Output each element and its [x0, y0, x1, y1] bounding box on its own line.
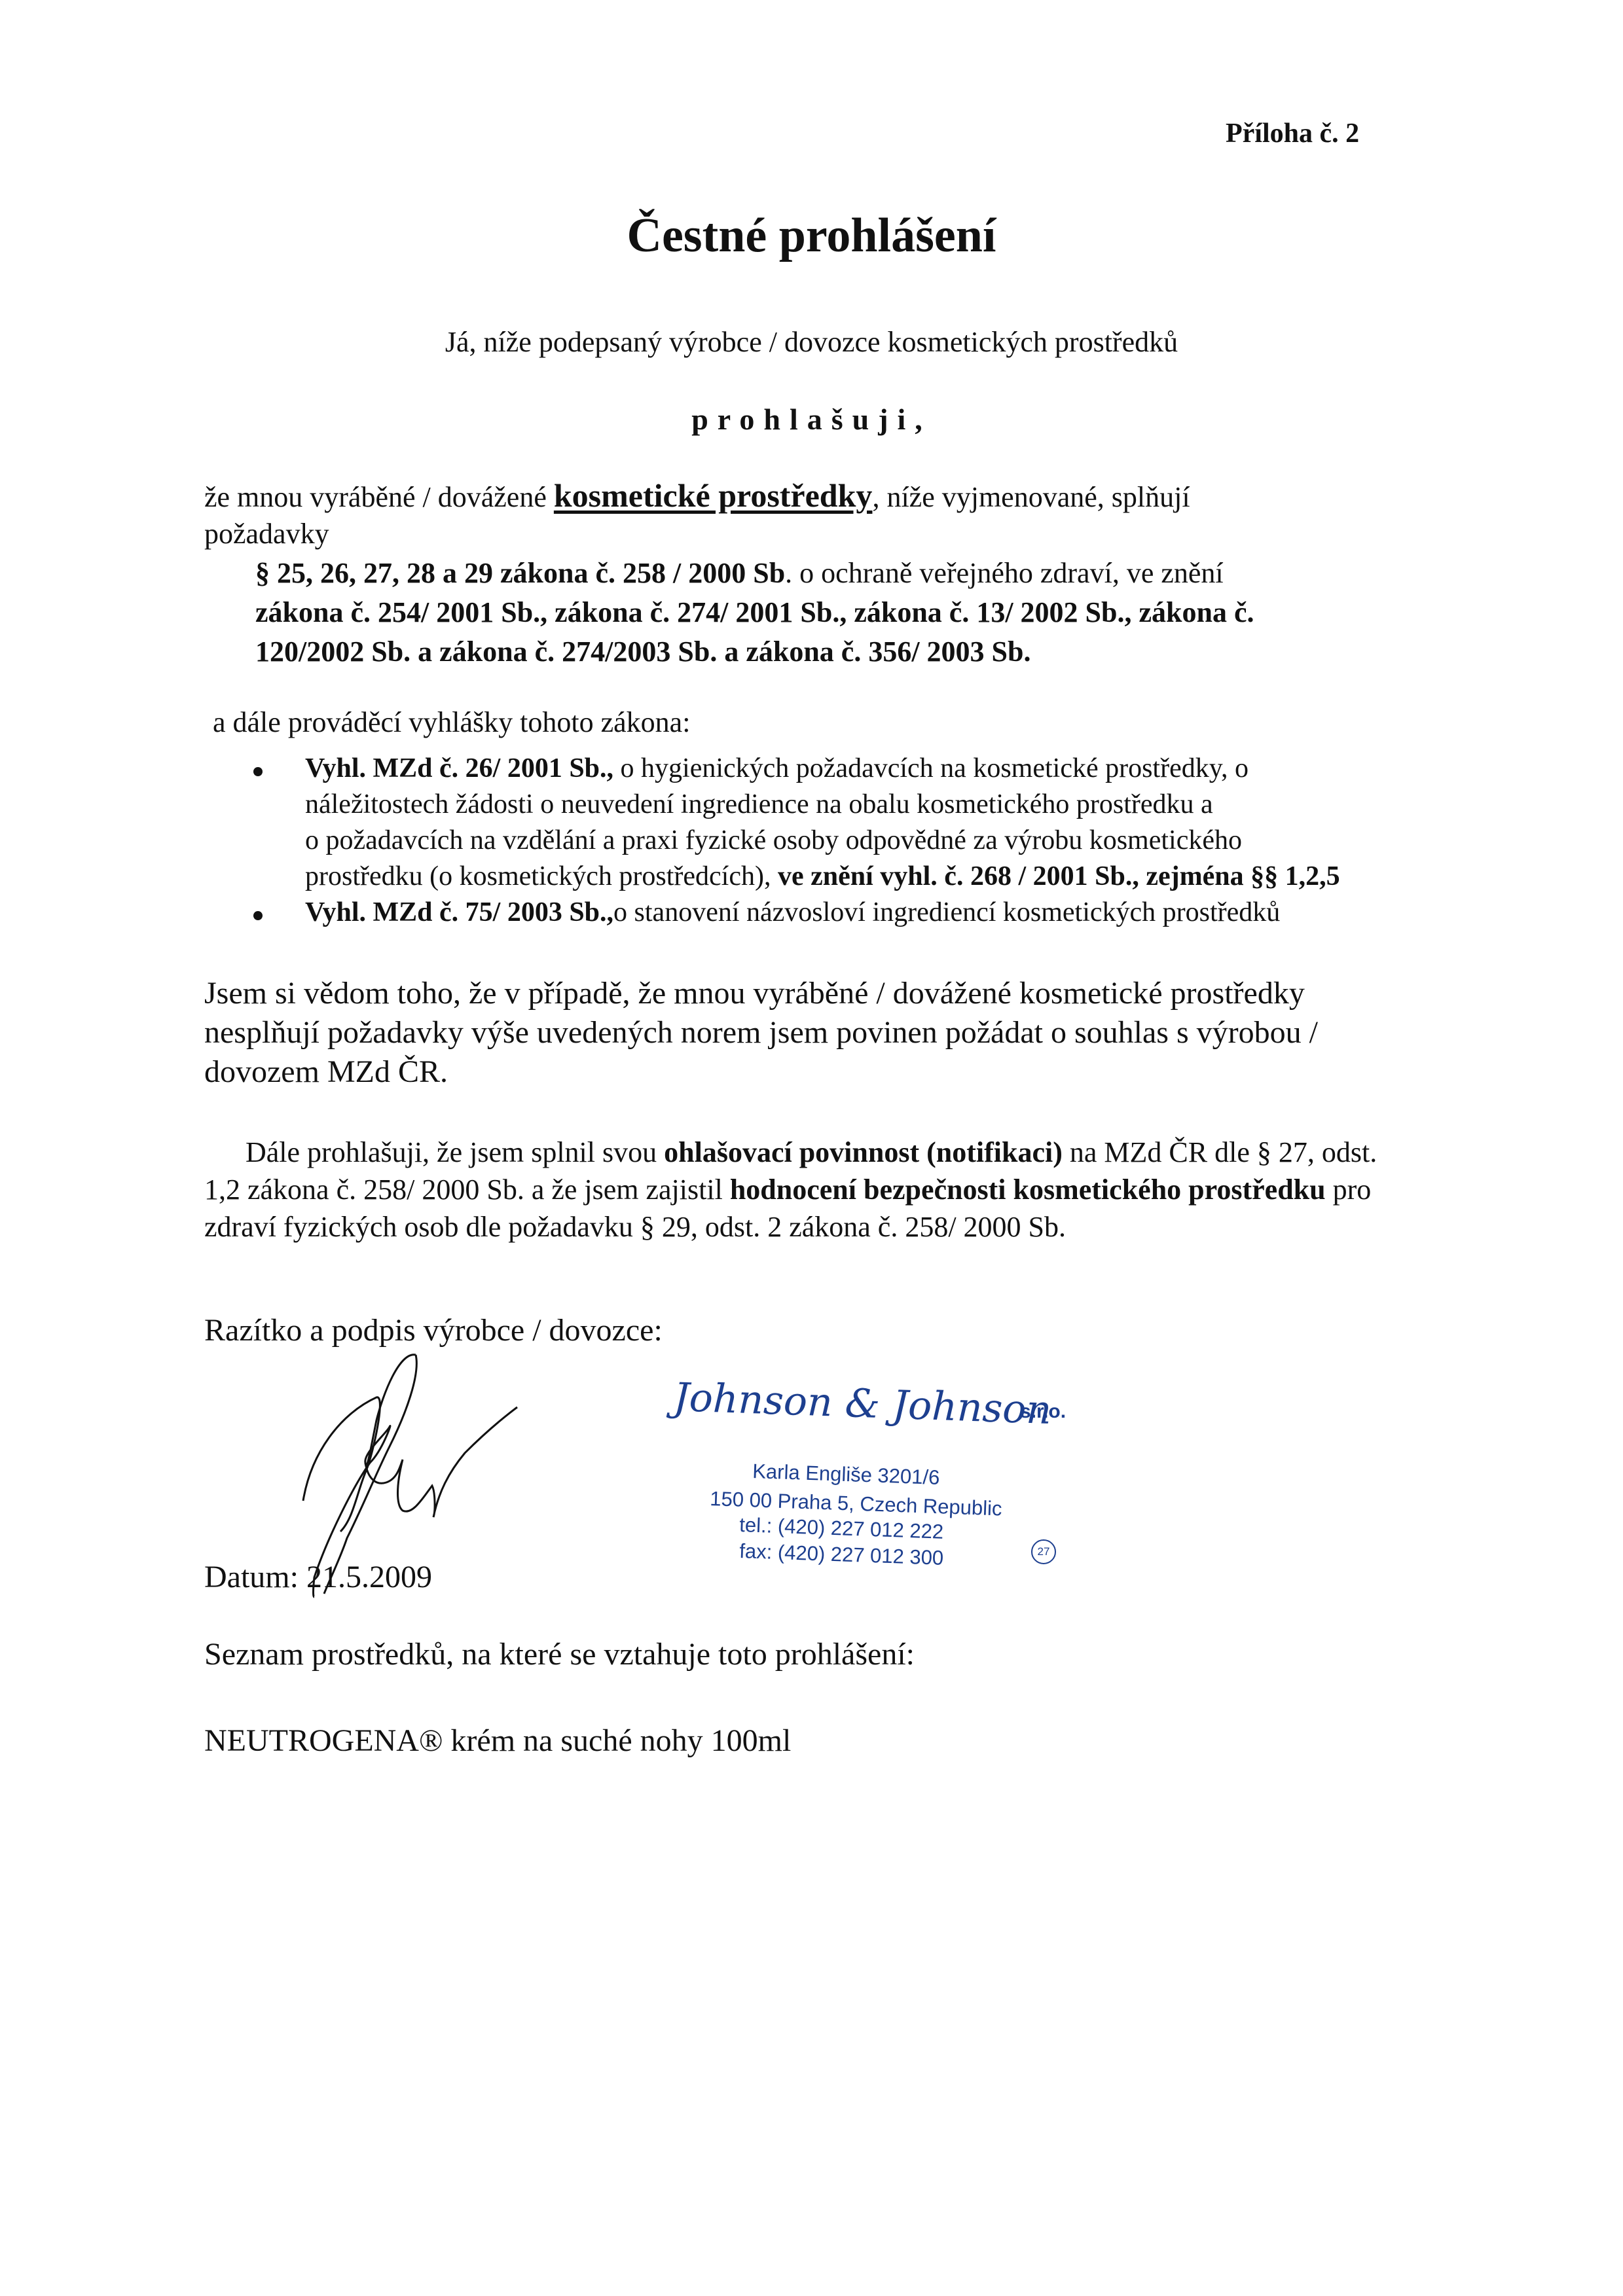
statement-line-2: požadavky	[204, 517, 329, 550]
decree-1-line-1: Vyhl. MZd č. 26/ 2001 Sb., o hygienickýc…	[305, 753, 1249, 784]
awareness-line-2: nesplňují požadavky výše uvedených norem…	[204, 1014, 1318, 1050]
stamp-brand: Johnson & Johnson	[673, 1374, 1053, 1433]
stamp-fax: fax: (420) 227 012 300	[739, 1539, 944, 1570]
further-text: 1,2 zákona č. 258/ 2000 Sb. a že jsem za…	[204, 1174, 730, 1206]
law-line-2: zákona č. 254/ 2001 Sb., zákona č. 274/ …	[255, 596, 1254, 629]
law-line-3: 120/2002 Sb. a zákona č. 274/2003 Sb. a …	[255, 635, 1031, 668]
bullet-icon	[253, 911, 263, 920]
statement-line-1: že mnou vyráběné / dovážené kosmetické p…	[204, 476, 1190, 514]
further-line-2: 1,2 zákona č. 258/ 2000 Sb. a že jsem za…	[204, 1173, 1371, 1206]
awareness-line-3: dovozem MZd ČR.	[204, 1054, 448, 1090]
law-reference: § 25, 26, 27, 28 a 29 zákona č. 258 / 20…	[255, 557, 785, 589]
date-value: 21.5.2009	[306, 1560, 432, 1594]
further-line-1: Dále prohlašuji, že jsem splnil svou ohl…	[246, 1136, 1377, 1169]
further-text: Dále prohlašuji, že jsem splnil svou	[246, 1136, 664, 1168]
decree-text: o hygienických požadavcích na kosmetické…	[613, 753, 1249, 783]
statement-text: že mnou vyráběné / dovážené	[204, 481, 554, 513]
decree-reference: Vyhl. MZd č. 75/ 2003 Sb.,	[305, 897, 613, 927]
awareness-line-1: Jsem si vědom toho, že v případě, že mno…	[204, 975, 1305, 1011]
decree-text: o stanovení názvosloví ingrediencí kosme…	[613, 897, 1280, 927]
bullet-icon	[253, 767, 263, 776]
stamp-address-1: Karla Engliše 3201/6	[752, 1460, 940, 1490]
further-text: na MZd ČR dle § 27, odst.	[1063, 1136, 1377, 1168]
further-line-3: zdraví fyzických osob dle požadavku § 29…	[204, 1210, 1066, 1244]
statement-text: , níže vyjmenované, splňují	[872, 481, 1190, 513]
stamp-code-badge: 27	[1031, 1539, 1056, 1564]
document-title: Čestné prohlášení	[0, 208, 1623, 264]
stamp-suffix: s.r.o.	[1020, 1401, 1066, 1423]
notification-duty: ohlašovací povinnost (notifikaci)	[664, 1136, 1063, 1168]
decree-amendment: ve znění vyhl. č. 268 / 2001 Sb., zejmén…	[778, 861, 1340, 891]
decree-2-line-1: Vyhl. MZd č. 75/ 2003 Sb.,o stanovení ná…	[305, 897, 1280, 928]
date-label: Datum:	[204, 1560, 306, 1594]
stamp-phone: tel.: (420) 227 012 222	[739, 1513, 944, 1544]
decree-1-line-3: o požadavcích na vzdělání a praxi fyzick…	[305, 825, 1242, 856]
declare-word: prohlašuji,	[0, 402, 1623, 437]
date-line: Datum: 21.5.2009	[204, 1559, 432, 1595]
decree-text: prostředku (o kosmetických prostředcích)…	[305, 861, 778, 891]
decree-1-line-2: náležitostech žádosti o neuvedení ingred…	[305, 789, 1213, 820]
intro-line: Já, níže podepsaný výrobce / dovozce kos…	[0, 325, 1623, 359]
annex-label: Příloha č. 2	[1226, 118, 1359, 149]
products-label: Seznam prostředků, na které se vztahuje …	[204, 1636, 915, 1672]
further-text: pro	[1326, 1174, 1372, 1206]
law-description: . o ochraně veřejného zdraví, ve znění	[785, 557, 1223, 589]
decree-reference: Vyhl. MZd č. 26/ 2001 Sb.,	[305, 753, 613, 783]
decree-1-line-4: prostředku (o kosmetických prostředcích)…	[305, 861, 1340, 892]
law-line-1: § 25, 26, 27, 28 a 29 zákona č. 258 / 20…	[255, 556, 1224, 590]
product-item: NEUTROGENA® krém na suché nohy 100ml	[204, 1723, 791, 1759]
safety-assessment: hodnocení bezpečnosti kosmetického prost…	[730, 1174, 1326, 1206]
decrees-intro: a dále prováděcí vyhlášky tohoto zákona:	[213, 706, 690, 739]
emphasis-cosmetics: kosmetické prostředky	[554, 477, 873, 514]
